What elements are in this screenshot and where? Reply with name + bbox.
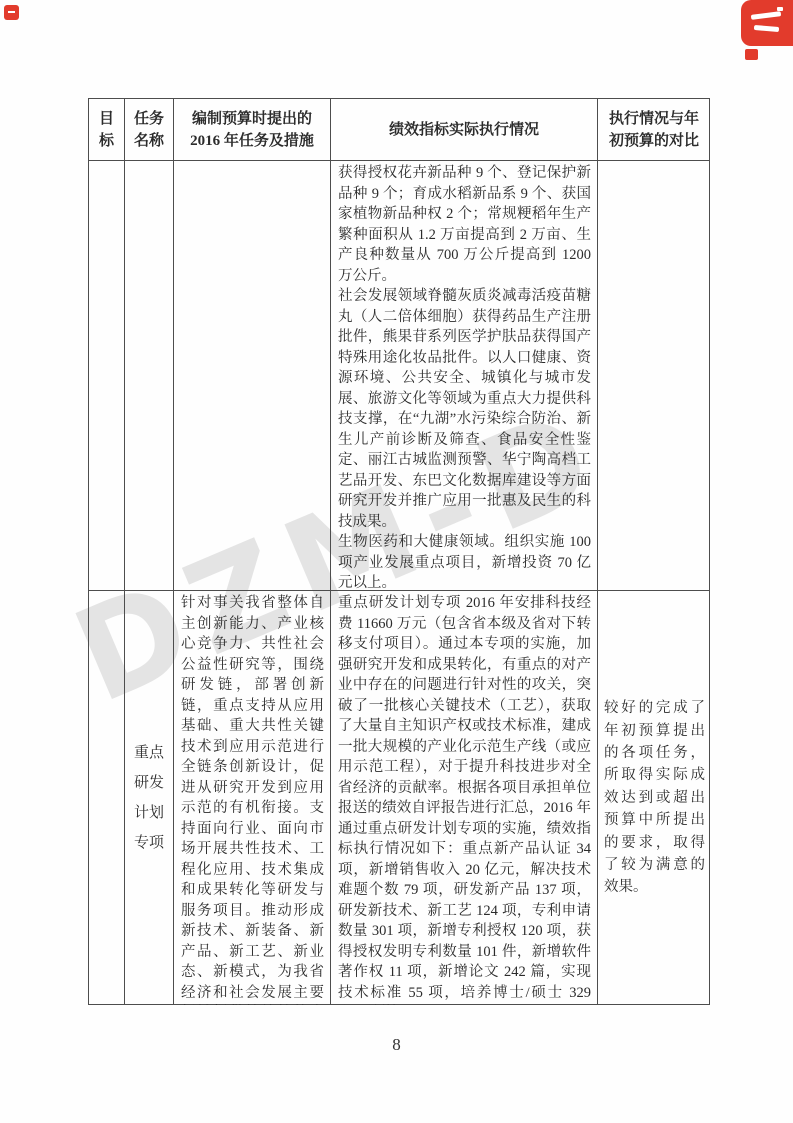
stamp-glyph	[751, 11, 781, 20]
performance-table: 目 标 任务 名称 编制预算时提出的 2016 年任务及措施 绩效指标实际执行情…	[88, 98, 710, 1005]
row2-performance-cell: 重点研发计划专项 2016 年安排科技经费 11660 万元（包含省本级及省对下…	[330, 590, 597, 1005]
stamp-glyph	[777, 7, 783, 11]
header-performance: 绩效指标实际执行情况	[330, 98, 597, 160]
row1-comparison-cell	[597, 160, 710, 590]
page-number: 8	[0, 1035, 793, 1055]
performance-paragraph: 重点研发计划专项 2016 年安排科技经费 11660 万元（包含省本级及省对下…	[338, 593, 591, 1005]
row2-budget-tasks-cell: 针对事关我省整体自主创新能力、产业核心竞争力、共性社会公益性研究等，围绕研发链，…	[173, 590, 330, 1005]
row1-task-name-cell	[124, 160, 173, 590]
performance-paragraph: 社会发展领域脊髓灰质炎减毒活疫苗糖丸（人二倍体细胞）获得药品生产注册批件，熊果苷…	[338, 286, 591, 532]
row2-goal-cell	[88, 590, 124, 1005]
red-stamp-top-left-icon	[4, 5, 19, 20]
budget-tasks-paragraph: 针对事关我省整体自主创新能力、产业核心竞争力、共性社会公益性研究等，围绕研发链，…	[181, 593, 324, 1005]
stamp-glyph	[8, 11, 15, 13]
task-name-label: 重点 研发 计划 专项	[134, 738, 164, 858]
stamp-glyph	[754, 25, 779, 32]
row2-task-name-cell: 重点 研发 计划 专项	[124, 590, 173, 1005]
header-goal: 目 标	[88, 98, 124, 160]
row1-budget-tasks-cell	[173, 160, 330, 590]
row1-goal-cell	[88, 160, 124, 590]
performance-paragraph: 获得授权花卉新品种 9 个、登记保护新品种 9 个；育成水稻新品系 9 个、获国…	[338, 163, 591, 286]
red-stamp-top-right-icon	[741, 0, 793, 46]
comparison-text: 较好的完成了年初预算提出的各项任务，所取得实际成效达到或超出预算中所提出的要求，…	[598, 697, 710, 899]
red-stamp-small-icon	[745, 49, 758, 60]
header-task-name: 任务 名称	[124, 98, 173, 160]
row2-comparison-cell: 较好的完成了年初预算提出的各项任务，所取得实际成效达到或超出预算中所提出的要求，…	[597, 590, 710, 1005]
row1-performance-cell: 获得授权花卉新品种 9 个、登记保护新品种 9 个；育成水稻新品系 9 个、获国…	[330, 160, 597, 590]
header-comparison: 执行情况与年 初预算的对比	[597, 98, 710, 160]
performance-paragraph: 生物医药和大健康领域。组织实施 100 项产业发展重点项目，新增投资 70 亿元…	[338, 532, 591, 590]
document-page: DZM-D 目 标 任务 名称 编制预算时提出的 2016 年任务及措施 绩效指…	[0, 0, 793, 1123]
header-budget-tasks: 编制预算时提出的 2016 年任务及措施	[173, 98, 330, 160]
